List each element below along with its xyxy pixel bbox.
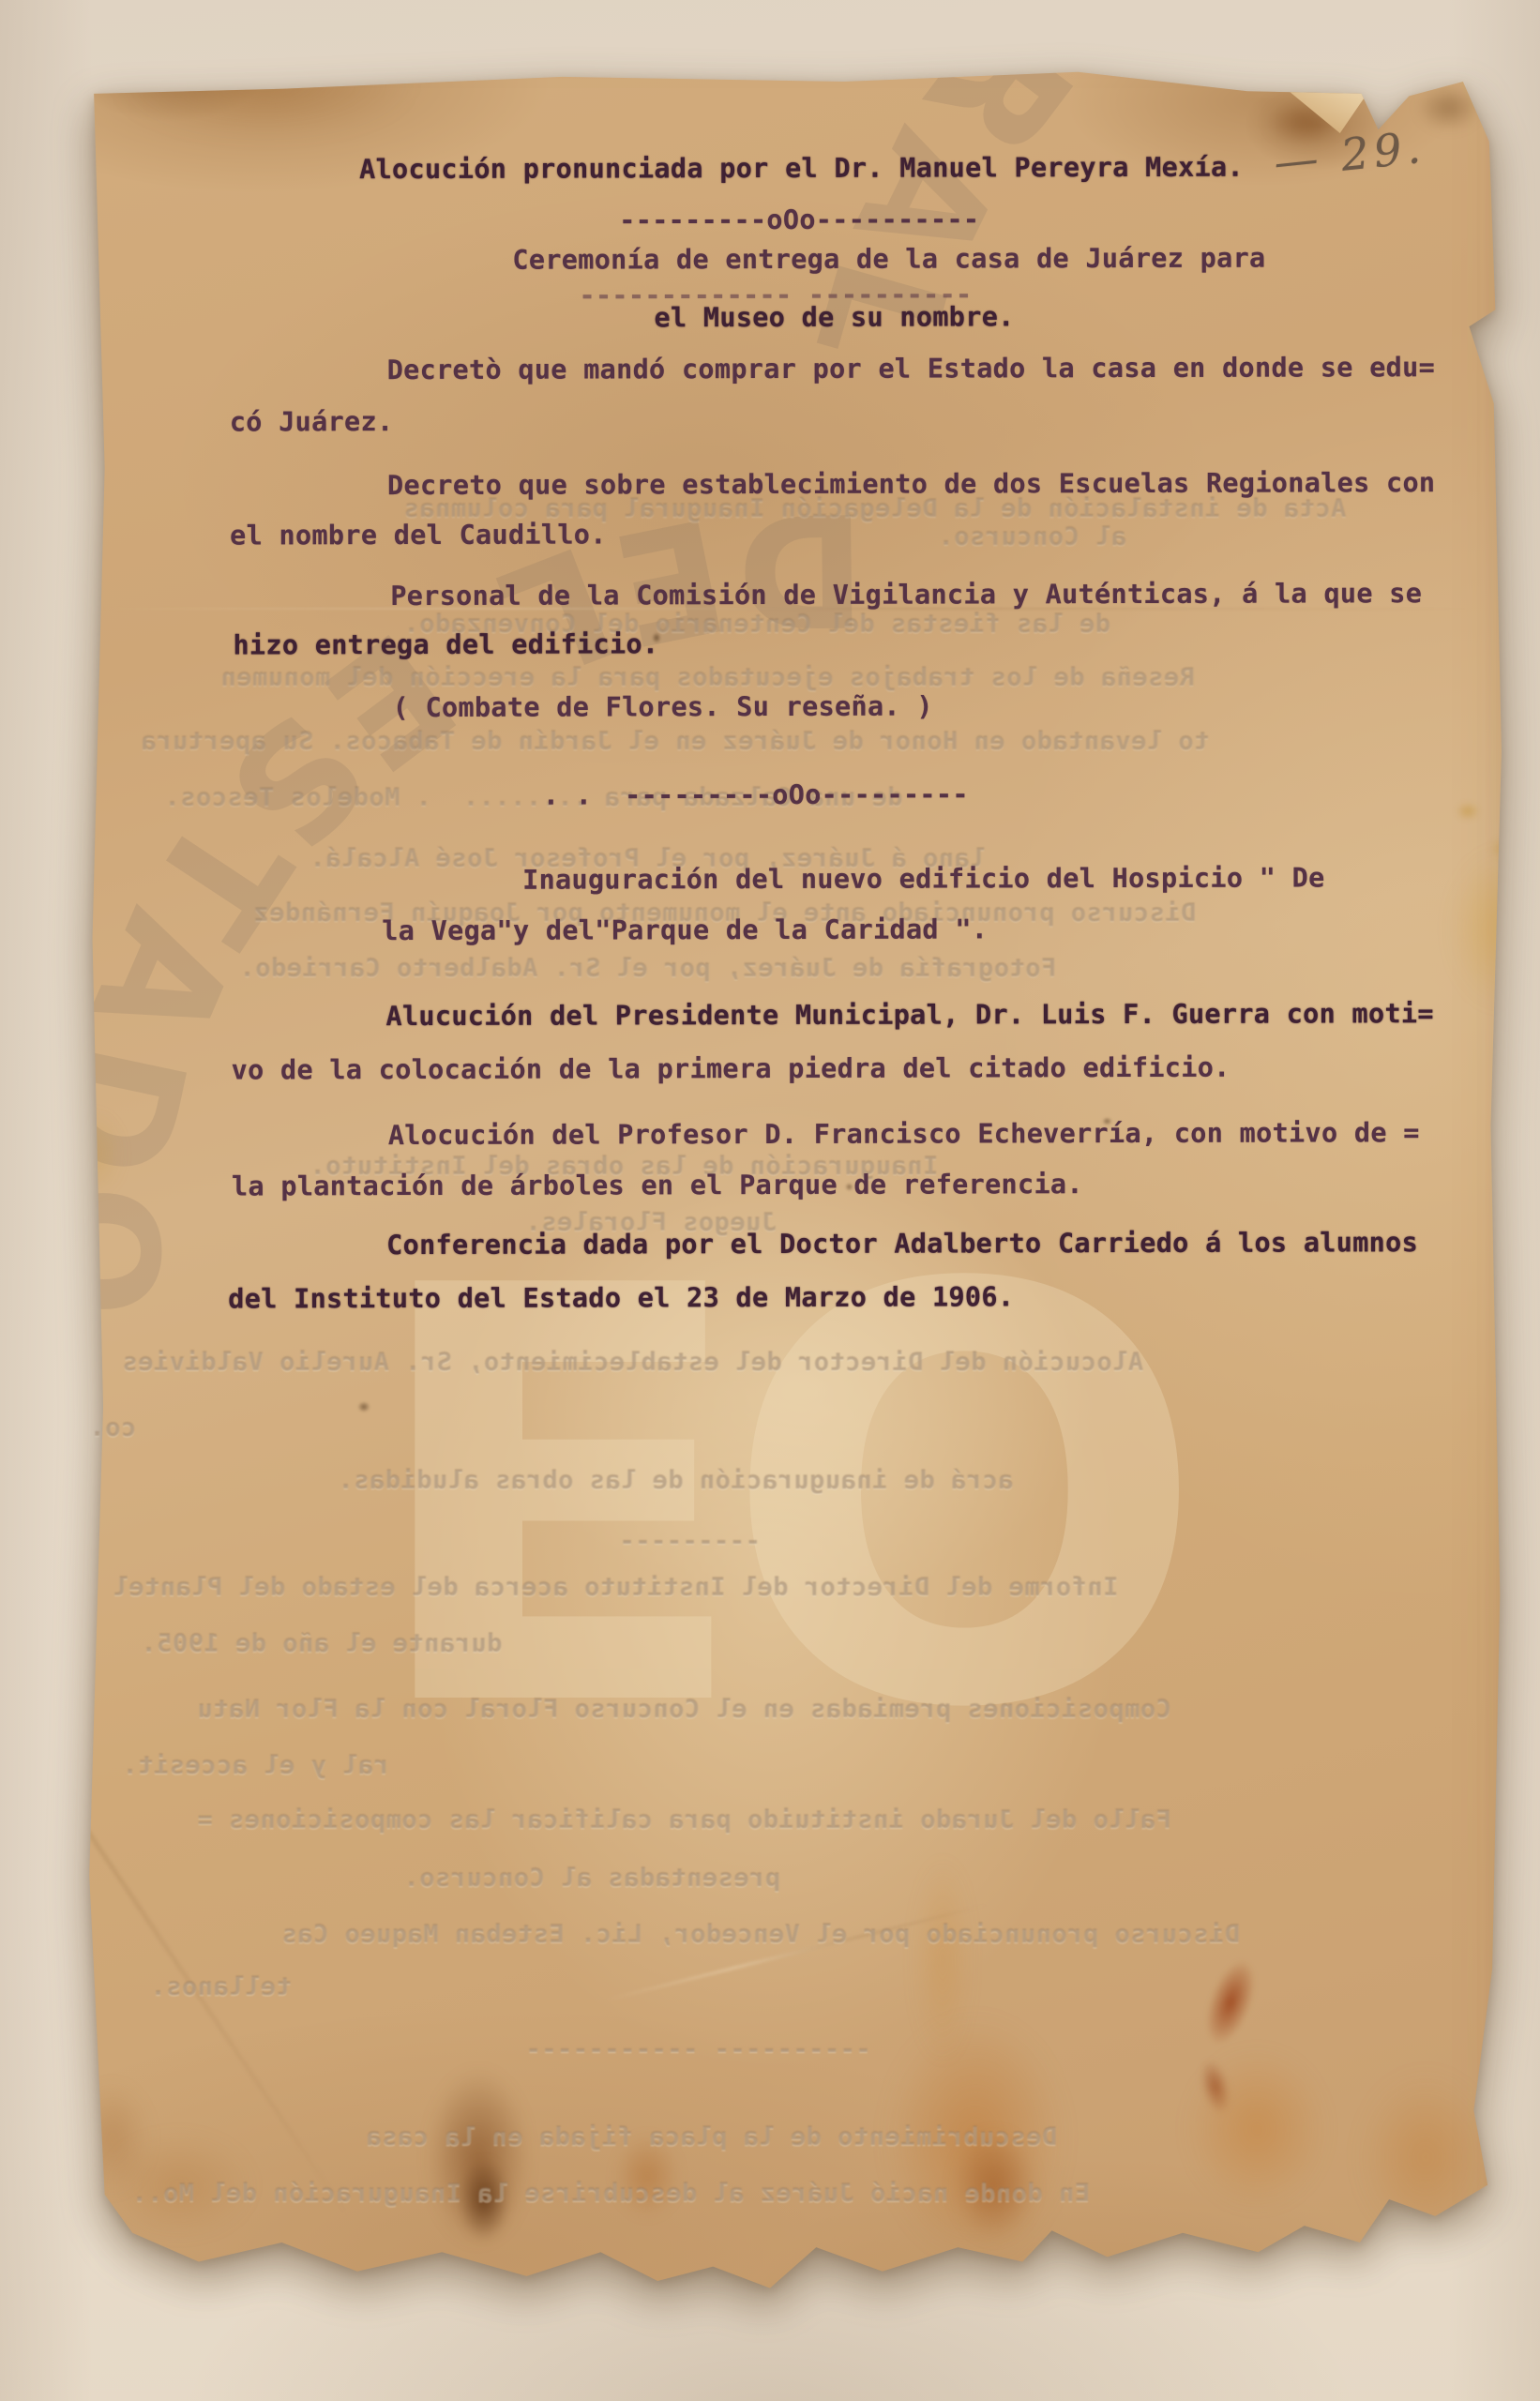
- paper-stain: [75, 2082, 150, 2195]
- paper-stain: [886, 2016, 1064, 2260]
- paper-shadow-wrap: DE OAXACA ARCHIVO GENERAL DEL ESTADO EO: [0, 0, 1540, 2401]
- paper-stain: [614, 2134, 680, 2218]
- paper-stain: [952, 2129, 1036, 2242]
- scanned-document-photo: { "page": { "annotation_handwritten": "—…: [0, 0, 1540, 2401]
- paper-stain: [1416, 84, 1482, 131]
- paper-stain: [1196, 1953, 1265, 2051]
- paper-stain: [1102, 1117, 1112, 1125]
- folded-corner: [1283, 36, 1407, 133]
- paper-stain: [652, 632, 661, 643]
- paper-stain: [1186, 2049, 1327, 2209]
- paper-stain: [458, 2157, 510, 2242]
- archive-seal-watermark: DE OAXACA ARCHIVO GENERAL DEL ESTADO EO: [0, 0, 1540, 2401]
- paper-stain: [66, 1111, 122, 1196]
- watermark-monogram: EO: [362, 1167, 1185, 1833]
- paper-stain: [1490, 838, 1518, 860]
- paper-stain: [357, 1401, 370, 1412]
- paper-crease: [84, 608, 1472, 610]
- paper-crease: [606, 1903, 989, 2001]
- paper-stain: [1196, 2056, 1236, 2117]
- paper-stain: [1360, 2073, 1491, 2242]
- paper-stain: [845, 1183, 853, 1191]
- paper-stain: [1449, 849, 1540, 1008]
- paper-stain: [916, 1857, 969, 2063]
- watermark-arc-text: DE OAXACA ARCHIVO GENERAL DEL ESTADO: [10, 0, 1540, 1342]
- paper-stain: [1456, 802, 1480, 821]
- paper-stain: [103, 2134, 253, 2237]
- paper-crease: [54, 1782, 351, 2219]
- paper-stain: [427, 2068, 530, 2246]
- paper-stain: [114, 33, 415, 136]
- document-paper: DE OAXACA ARCHIVO GENERAL DEL ESTADO EO: [0, 0, 1540, 2401]
